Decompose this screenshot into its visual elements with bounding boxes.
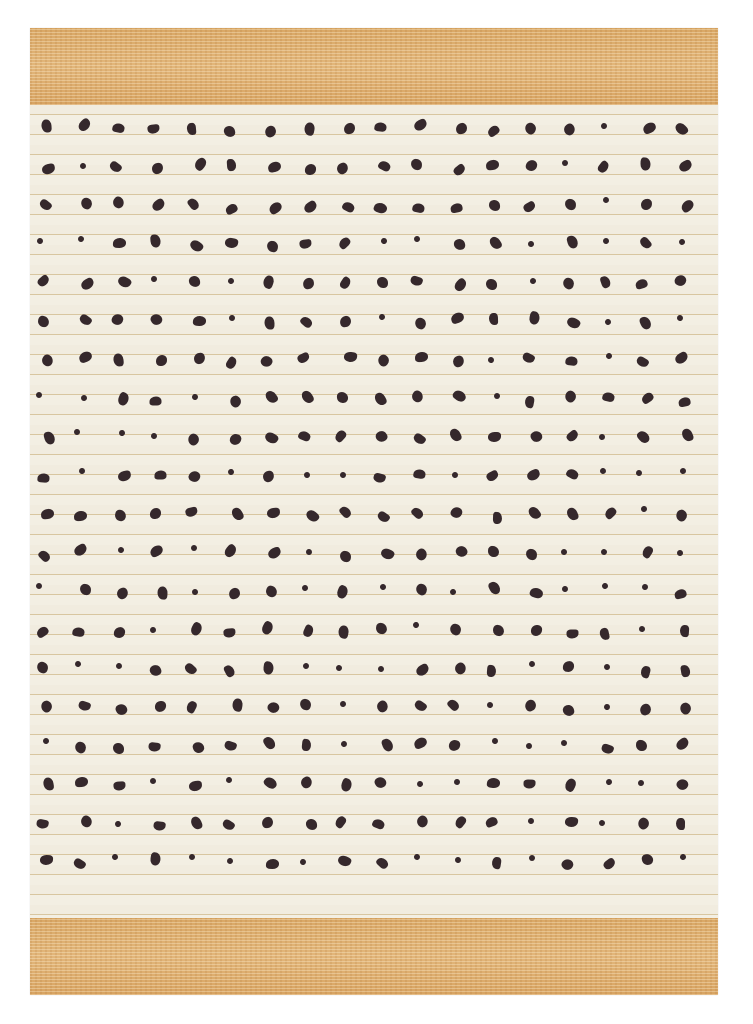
rug-top-border: [30, 28, 718, 105]
leopard-spot: [486, 777, 500, 789]
leopard-spot: [340, 777, 354, 793]
leopard-spot: [374, 429, 389, 444]
leopard-spot: [148, 741, 161, 751]
leopard-spot: [635, 355, 650, 369]
leopard-spot: [150, 234, 161, 248]
leopard-spot: [679, 467, 687, 475]
spot-row: [30, 277, 718, 297]
leopard-spot: [74, 660, 81, 667]
leopard-spot: [305, 819, 317, 831]
leopard-spot: [42, 119, 53, 133]
leopard-spot: [151, 276, 157, 282]
leopard-spot: [379, 546, 395, 561]
leopard-spot: [111, 853, 118, 860]
leopard-spot: [487, 580, 502, 596]
leopard-spot: [261, 816, 273, 828]
leopard-spot: [114, 509, 127, 522]
spot-row: [30, 509, 718, 529]
leopard-spot: [679, 239, 686, 246]
spot-row: [30, 779, 718, 799]
leopard-spot: [156, 355, 167, 366]
leopard-spot: [376, 353, 392, 369]
leopard-spot: [337, 391, 349, 403]
leopard-spot: [73, 741, 87, 755]
leopard-spot: [336, 854, 352, 869]
leopard-spot: [79, 162, 87, 170]
leopard-spot: [303, 122, 315, 137]
leopard-spot: [339, 276, 353, 291]
leopard-spot: [113, 238, 127, 249]
leopard-spot: [601, 582, 609, 590]
leopard-spot: [410, 389, 425, 404]
leopard-spot: [378, 159, 393, 173]
leopard-spot: [453, 814, 467, 829]
leopard-spot: [524, 395, 535, 408]
leopard-spot: [642, 584, 648, 590]
leopard-spot: [525, 742, 533, 750]
leopard-spot: [488, 235, 503, 251]
leopard-spot: [381, 737, 395, 753]
leopard-spot: [375, 856, 390, 871]
leopard-spot: [337, 236, 352, 251]
leopard-spot: [562, 160, 568, 166]
leopard-spot: [602, 237, 610, 245]
leopard-spot: [296, 351, 311, 364]
leopard-spot: [529, 586, 545, 600]
leopard-spot: [492, 738, 499, 745]
leopard-spot: [191, 545, 197, 551]
leopard-spot: [486, 279, 497, 290]
leopard-spot: [229, 315, 235, 321]
leopard-spot: [562, 660, 574, 672]
leopard-spot: [339, 315, 352, 328]
leopard-spot: [605, 352, 613, 360]
leopard-spot: [566, 506, 580, 522]
leopard-spot: [149, 397, 161, 406]
leopard-spot: [301, 584, 309, 592]
leopard-spot: [526, 504, 542, 520]
leopard-spot: [641, 157, 651, 170]
leopard-spot: [522, 200, 537, 214]
leopard-spot: [39, 698, 54, 713]
leopard-spot: [561, 548, 568, 555]
leopard-spot: [264, 430, 280, 446]
spot-row: [30, 818, 718, 838]
leopard-spot: [74, 510, 88, 521]
leopard-spot: [223, 663, 236, 678]
leopard-spot: [116, 663, 123, 670]
leopard-spot: [639, 316, 653, 332]
leopard-spot: [118, 430, 126, 438]
leopard-spot: [262, 274, 276, 290]
leopard-spot: [455, 856, 462, 863]
leopard-spot: [416, 780, 423, 787]
leopard-spot: [223, 740, 237, 752]
leopard-spot: [183, 662, 198, 677]
leopard-spot: [450, 311, 465, 325]
leopard-spot: [636, 740, 648, 752]
spot-row: [30, 586, 718, 606]
leopard-spot: [227, 468, 235, 476]
leopard-spot: [377, 277, 388, 288]
leopard-spot: [340, 740, 348, 748]
rug-bottom-border: [30, 918, 718, 995]
leopard-spot: [413, 316, 428, 331]
leopard-spot: [566, 234, 579, 249]
leopard-spot: [267, 161, 282, 173]
leopard-spot: [492, 624, 504, 636]
leopard-spot: [301, 739, 311, 752]
leopard-spot: [79, 814, 94, 829]
leopard-spot: [333, 814, 347, 829]
leopard-spot: [373, 391, 388, 407]
leopard-spot: [451, 388, 467, 404]
leopard-spot: [79, 276, 95, 291]
leopard-spot: [35, 625, 50, 639]
leopard-spot: [113, 353, 124, 367]
leopard-spot: [600, 468, 607, 475]
leopard-spot: [640, 505, 648, 513]
leopard-spot: [411, 158, 423, 170]
leopard-spot: [72, 543, 88, 558]
leopard-spot: [454, 544, 469, 559]
leopard-spot: [42, 737, 50, 745]
leopard-spot: [449, 426, 464, 442]
leopard-spot: [566, 629, 578, 638]
leopard-spot: [226, 777, 233, 784]
leopard-spot: [299, 239, 312, 249]
leopard-spot: [185, 506, 199, 518]
leopard-spot: [412, 736, 428, 750]
leopard-spot: [560, 856, 576, 872]
leopard-spot: [376, 622, 388, 634]
leopard-spot: [487, 545, 499, 557]
leopard-spot: [225, 202, 240, 215]
leopard-spot: [43, 431, 56, 446]
leopard-spot: [600, 548, 608, 556]
leopard-spot: [493, 512, 502, 524]
spot-row: [30, 355, 718, 375]
leopard-spot: [185, 699, 198, 714]
leopard-spot: [38, 198, 53, 213]
leopard-spot: [264, 316, 274, 329]
leopard-spot: [77, 700, 91, 712]
spot-row: [30, 239, 718, 259]
spot-row: [30, 741, 718, 761]
leopard-spot: [449, 505, 464, 520]
leopard-spot: [673, 589, 687, 601]
leopard-spot: [262, 661, 274, 675]
leopard-spot: [185, 431, 201, 447]
leopard-spot: [110, 312, 125, 327]
leopard-spot: [150, 432, 158, 440]
leopard-spot: [531, 625, 543, 637]
leopard-spot: [302, 199, 318, 214]
leopard-spot: [563, 776, 578, 792]
leopard-spot: [341, 200, 356, 214]
leopard-spot: [78, 312, 93, 326]
leopard-spot: [153, 821, 166, 832]
leopard-spot: [414, 236, 421, 243]
leopard-spot: [266, 546, 282, 560]
leopard-spot: [641, 121, 657, 135]
leopard-spot: [113, 781, 125, 791]
leopard-spot: [565, 198, 577, 210]
leopard-spot: [448, 739, 461, 752]
leopard-spot: [264, 585, 278, 599]
leopard-spot: [147, 124, 160, 134]
leopard-spot: [148, 663, 163, 678]
leopard-spot: [192, 315, 206, 326]
leopard-spot: [192, 740, 206, 754]
leopard-spot: [230, 506, 245, 522]
leopard-spot: [635, 816, 650, 831]
leopard-spot: [335, 584, 349, 600]
leopard-spot: [267, 200, 283, 215]
rug-spotted-field: [30, 105, 718, 918]
leopard-spot: [679, 198, 695, 214]
leopard-spot: [487, 356, 495, 364]
leopard-spot: [149, 544, 165, 559]
spot-row: [30, 432, 718, 452]
leopard-spot: [117, 546, 124, 553]
leopard-spot: [485, 469, 500, 483]
leopard-spot: [191, 393, 199, 401]
leopard-spot: [414, 813, 430, 829]
leopard-spot: [299, 775, 314, 790]
leopard-spot: [339, 505, 354, 520]
leopard-spot: [604, 664, 610, 670]
leopard-spot: [223, 125, 236, 138]
leopard-spot: [189, 621, 204, 637]
leopard-spot: [72, 627, 85, 638]
leopard-spot: [448, 622, 462, 636]
leopard-spot: [336, 161, 350, 175]
leopard-spot: [150, 198, 166, 214]
leopard-spot: [76, 117, 92, 133]
leopard-spot: [413, 469, 426, 480]
leopard-spot: [116, 274, 132, 289]
spot-row: [30, 702, 718, 722]
leopard-spot: [528, 817, 535, 824]
leopard-spot: [635, 278, 649, 290]
leopard-spot: [77, 350, 93, 364]
leopard-spot: [638, 625, 646, 633]
leopard-spot: [343, 351, 357, 363]
leopard-spot: [227, 159, 237, 172]
leopard-spot: [489, 200, 501, 212]
leopard-spot: [37, 549, 52, 564]
leopard-spot: [303, 470, 311, 478]
leopard-spot: [333, 429, 348, 444]
leopard-spot: [266, 240, 279, 253]
leopard-spot: [452, 162, 467, 176]
leopard-spot: [412, 118, 428, 133]
leopard-spot: [373, 775, 388, 790]
leopard-spot: [374, 122, 387, 133]
leopard-spot: [673, 508, 689, 524]
leopard-spot: [231, 698, 243, 713]
leopard-spot: [674, 273, 689, 288]
leopard-spot: [154, 470, 166, 479]
leopard-spot: [304, 164, 316, 176]
leopard-spot: [601, 123, 607, 129]
leopard-spot: [450, 203, 463, 214]
leopard-spot: [41, 162, 56, 174]
leopard-spot: [599, 627, 610, 641]
leopard-spot: [528, 240, 535, 247]
leopard-spot: [188, 853, 196, 861]
leopard-spot: [378, 666, 384, 672]
leopard-spot: [263, 124, 277, 138]
leopard-spot: [449, 588, 457, 596]
leopard-spot: [494, 393, 500, 399]
leopard-spot: [36, 818, 49, 829]
leopard-spot: [155, 700, 167, 712]
leopard-spot: [452, 778, 460, 786]
leopard-spot: [561, 585, 569, 593]
leopard-spot: [116, 391, 130, 407]
leopard-spot: [675, 777, 691, 793]
leopard-spot: [299, 858, 306, 865]
leopard-spot: [35, 660, 49, 674]
leopard-spot: [680, 664, 691, 677]
leopard-spot: [113, 626, 125, 638]
leopard-spot: [228, 587, 241, 600]
leopard-spot: [189, 238, 205, 254]
leopard-spot: [639, 665, 651, 679]
leopard-spot: [187, 196, 201, 211]
leopard-spot: [150, 508, 161, 519]
leopard-spot: [677, 396, 690, 407]
leopard-spot: [189, 781, 203, 792]
leopard-spot: [523, 780, 535, 789]
leopard-spot: [224, 355, 238, 370]
leopard-spot: [640, 545, 654, 560]
leopard-spot: [262, 470, 275, 483]
leopard-spot: [414, 854, 421, 861]
leopard-spot: [373, 201, 389, 215]
leopard-spot: [491, 857, 502, 870]
leopard-spot: [676, 315, 683, 322]
spot-row: [30, 663, 718, 683]
leopard-spot: [486, 160, 500, 171]
leopard-spot: [191, 588, 198, 595]
leopard-spot: [339, 701, 346, 708]
leopard-spot: [598, 819, 605, 826]
leopard-spot: [452, 277, 468, 293]
leopard-spot: [638, 702, 652, 716]
leopard-spot: [635, 429, 651, 445]
leopard-spot: [601, 196, 609, 204]
leopard-spot: [149, 777, 157, 785]
leopard-spot: [600, 743, 614, 756]
leopard-spot: [598, 433, 606, 441]
leopard-spot: [262, 775, 278, 791]
leopard-spot: [674, 121, 690, 137]
spot-row: [30, 162, 718, 182]
leopard-spot: [260, 620, 275, 636]
leopard-spot: [226, 857, 234, 865]
leopard-spot: [679, 624, 689, 637]
leopard-spot: [35, 391, 43, 399]
leopard-spot: [81, 394, 88, 401]
leopard-spot: [526, 548, 538, 560]
leopard-spot: [40, 353, 55, 368]
leopard-spot: [303, 663, 310, 670]
leopard-spot: [678, 158, 694, 173]
leopard-spot: [677, 701, 692, 716]
leopard-spot: [112, 122, 125, 133]
leopard-spot: [297, 429, 312, 442]
leopard-spot: [596, 160, 611, 175]
spot-row: [30, 625, 718, 645]
leopard-spot: [605, 778, 613, 786]
leopard-spot: [259, 354, 275, 370]
leopard-spot: [413, 547, 429, 563]
leopard-spot: [37, 315, 50, 328]
leopard-spot: [638, 235, 653, 250]
leopard-spot: [340, 550, 352, 562]
leopard-spot: [79, 196, 94, 211]
rug: [30, 28, 718, 995]
leopard-spot: [190, 816, 204, 832]
leopard-spot: [372, 473, 386, 485]
leopard-spot: [371, 818, 385, 831]
leopard-spot: [640, 391, 655, 405]
leopard-spot: [560, 739, 568, 747]
leopard-spot: [601, 392, 615, 403]
leopard-spot: [305, 508, 321, 524]
leopard-spot: [299, 698, 312, 711]
leopard-spot: [187, 469, 202, 484]
leopard-spot: [412, 202, 425, 213]
leopard-spot: [488, 432, 501, 442]
leopard-spot: [72, 857, 87, 871]
leopard-spot: [528, 311, 541, 326]
leopard-spot: [111, 195, 126, 210]
leopard-spot: [35, 582, 43, 590]
leopard-spot: [525, 159, 539, 173]
leopard-spot: [42, 776, 54, 790]
leopard-spot: [680, 427, 694, 443]
leopard-spot: [525, 468, 541, 482]
leopard-spot: [150, 627, 156, 633]
leopard-spot: [229, 432, 243, 446]
leopard-spot: [228, 277, 236, 285]
leopard-spot: [674, 351, 690, 366]
leopard-spot: [641, 853, 654, 866]
leopard-spot: [415, 663, 431, 678]
leopard-spot: [487, 664, 497, 677]
leopard-spot: [523, 698, 538, 713]
leopard-spot: [335, 664, 343, 672]
leopard-spot: [565, 315, 581, 330]
leopard-spot: [379, 583, 386, 590]
leopard-spot: [79, 468, 86, 475]
leopard-spot: [41, 509, 55, 520]
leopard-spot: [380, 237, 388, 245]
leopard-spot: [266, 507, 280, 518]
spot-row: [30, 316, 718, 336]
leopard-spot: [299, 314, 314, 329]
leopard-spot: [676, 549, 684, 557]
leopard-spot: [77, 235, 85, 243]
leopard-spot: [228, 394, 244, 410]
leopard-spot: [604, 318, 611, 325]
leopard-spot: [451, 471, 459, 479]
leopard-spot: [412, 432, 427, 446]
